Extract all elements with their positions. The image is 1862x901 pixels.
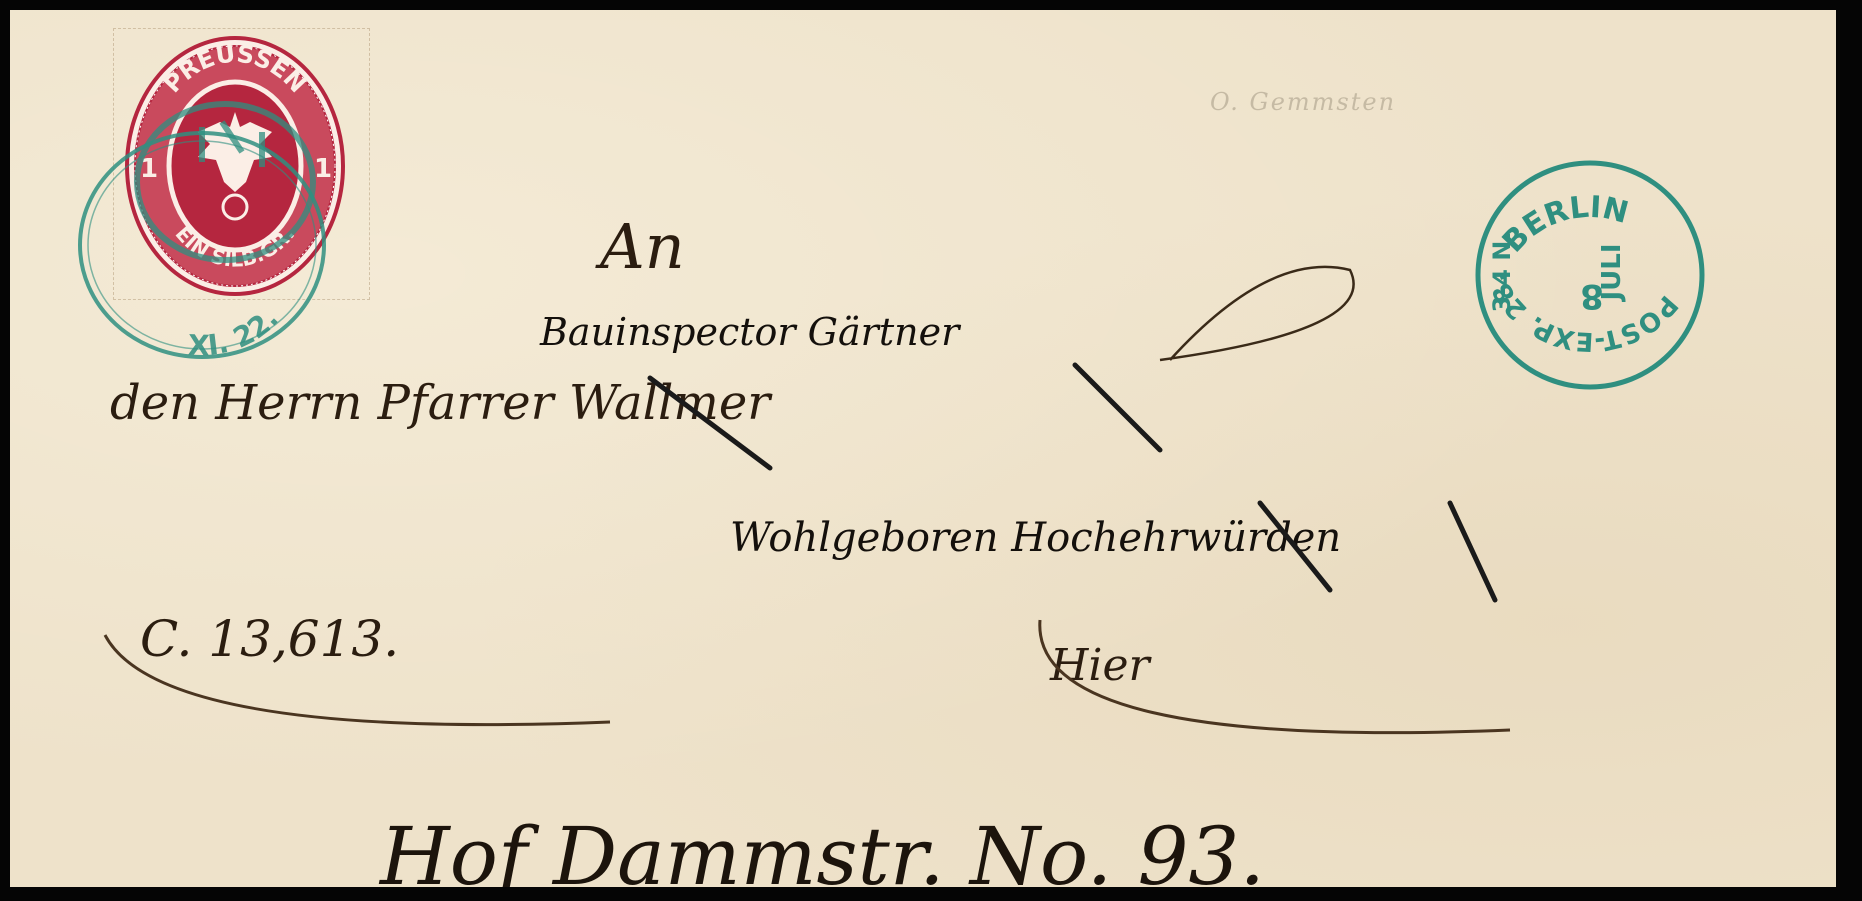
ink-flourishes: [10, 10, 1836, 887]
frame-right-edge: [1836, 0, 1862, 901]
envelope-paper: PREUSSEN EIN SILB.GR. 1 1: [10, 10, 1836, 887]
